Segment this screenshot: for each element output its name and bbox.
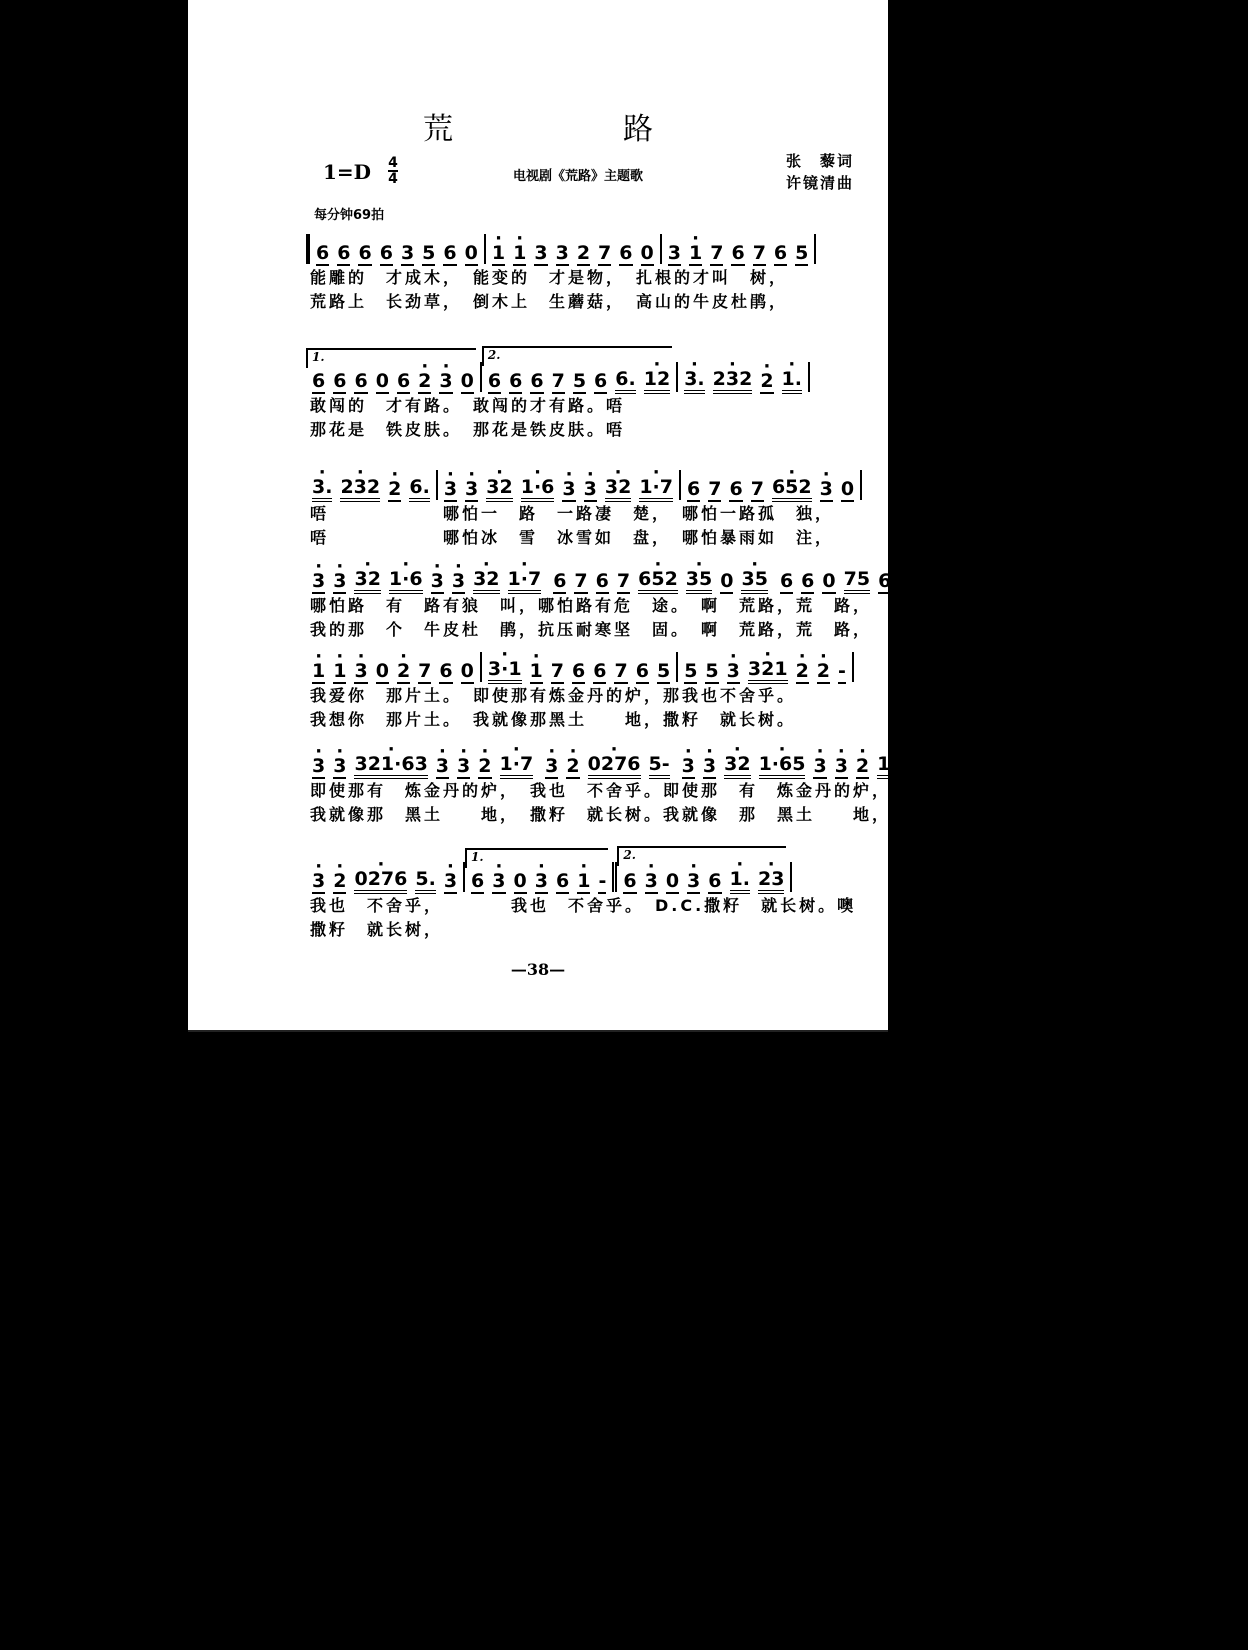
note: 6 — [708, 870, 721, 894]
note: 3 — [534, 242, 547, 266]
note: 3 — [835, 755, 848, 779]
note: 652 — [772, 476, 812, 502]
measure: 3202765- — [539, 753, 675, 779]
measure: 55332122- — [678, 658, 852, 684]
lyricist: 张 藜词 — [786, 150, 854, 172]
note: 0 — [666, 870, 679, 894]
note: 6 — [596, 570, 609, 594]
note: 3 — [436, 755, 449, 779]
note: 1 — [333, 660, 346, 684]
note: 1 — [513, 242, 526, 266]
lyric-line-verse-2: 荒路上 长劲草， 倒木上 生蘑菇， 高山的牛皮杜鹃， — [306, 290, 891, 314]
measure: 1.630361- — [465, 870, 612, 894]
lyric-line-verse-2: 我想你 那片土。 我就像那黑土 地，撒籽 就长树。 — [306, 708, 891, 732]
note: 6 — [774, 242, 787, 266]
note: 3. — [684, 368, 704, 394]
score-system: 33321·633321·73202765-33321·653321·7即使那有… — [306, 745, 891, 827]
note: 6 — [397, 370, 410, 394]
note: 2 — [333, 870, 346, 894]
lyric-line-verse-1: 即使那有 炼金丹的炉， 我也 不舍乎。即使那 有 炼金丹的炉， — [306, 779, 891, 803]
note: 0 — [514, 870, 527, 894]
note: 0 — [376, 370, 389, 394]
note: 7 — [598, 242, 611, 266]
note: 3 — [682, 755, 695, 779]
score-system: 1.666062302.6667566.123.23221.敢闯的 才有路。 敢… — [306, 360, 891, 442]
measure: 3·11766765 — [482, 658, 676, 684]
note: 7 — [418, 660, 431, 684]
lyric-line-verse-1: 我也 不舍乎， 我也 不舍乎。 D.C.撒籽 就长树。噢 — [306, 894, 891, 918]
note: 12 — [644, 368, 670, 394]
note: 3 — [465, 478, 478, 502]
note: 5 — [705, 660, 718, 684]
measure: 33321·633321·7 — [438, 476, 679, 502]
note: 3 — [312, 570, 325, 594]
note: 3 — [431, 570, 444, 594]
note: 6 — [530, 370, 543, 394]
note: 6 — [556, 870, 569, 894]
note: 1·7 — [500, 753, 534, 779]
time-signature-bottom: 4 — [388, 172, 398, 186]
note: 652 — [638, 568, 678, 594]
lyric-line-verse-1: 能雕的 才成木， 能变的 才是物， 扎根的才叫 树， — [306, 266, 891, 290]
note: 3 — [820, 478, 833, 502]
score-system: 33321·633321·76767652350356607560哪怕路 有 路… — [306, 560, 891, 642]
barline — [814, 234, 816, 264]
note: 3 — [645, 870, 658, 894]
notes-row: 3202765.31.630361-2.630361.23 — [306, 860, 891, 894]
note: 3 — [562, 478, 575, 502]
note: 1 — [530, 660, 543, 684]
note: 6 — [316, 242, 329, 266]
note: 3 — [492, 870, 505, 894]
note: 3 — [444, 870, 457, 894]
note: 7 — [551, 660, 564, 684]
note: 6 — [333, 370, 346, 394]
note: 6 — [687, 478, 700, 502]
note: 3 — [727, 660, 740, 684]
page-number: —38— — [188, 960, 888, 979]
note: 6 — [801, 570, 814, 594]
note: 6 — [471, 870, 484, 894]
note: 1·65 — [759, 753, 806, 779]
note: 6 — [731, 242, 744, 266]
note: 321·63 — [354, 753, 427, 779]
note: 3. — [312, 476, 332, 502]
note: 0 — [461, 660, 474, 684]
lyric-line-verse-1: 唔 哪怕一 路 一路凄 楚， 哪怕一路孤 独， — [306, 502, 891, 526]
notes-row: 66663560113327603176765 — [306, 232, 891, 266]
measure: 3.23226. — [306, 476, 436, 502]
note: 6 — [729, 478, 742, 502]
note: 6 — [439, 660, 452, 684]
measure: 3176765 — [662, 242, 815, 266]
lyric-line-verse-2: 唔 哪怕冰 雪 冰雪如 盘， 哪怕暴雨如 注， — [306, 526, 891, 550]
volta-bracket: 2. — [482, 346, 672, 366]
barline — [852, 652, 854, 682]
note: 6 — [337, 242, 350, 266]
note: 35 — [686, 568, 712, 594]
note: 6 — [619, 242, 632, 266]
lyric-line-verse-2: 那花是 铁皮肤。 那花是铁皮肤。唔 — [306, 418, 891, 442]
note: 35 — [741, 568, 767, 594]
notes-row: 3.23226.33321·633321·7676765230 — [306, 468, 891, 502]
lyric-line-verse-2: 我就像那 黑土 地， 撒籽 就长树。我就像 那 黑土 地， — [306, 803, 891, 827]
note: 0 — [841, 478, 854, 502]
note: 3 — [668, 242, 681, 266]
note: 1 — [689, 242, 702, 266]
measure: 33321·633321·7 — [306, 753, 539, 779]
note: 7 — [751, 478, 764, 502]
note: 7 — [574, 570, 587, 594]
note: 7 — [614, 660, 627, 684]
note: 3 — [556, 242, 569, 266]
note: 5- — [649, 753, 670, 779]
measure: 33321·633321·7 — [306, 568, 547, 594]
measure: 2.630361.23 — [617, 868, 790, 894]
note: 1·6 — [521, 476, 555, 502]
note: 6 — [443, 242, 456, 266]
score-page: 荒 路 1=D 4 4 电视剧《荒路》主题歌 张 藜词 许镜清曲 每分钟69拍 … — [188, 0, 888, 1032]
note: 1. — [730, 868, 750, 894]
note: 3 — [584, 478, 597, 502]
note: 0 — [376, 660, 389, 684]
measure: 676765230 — [681, 476, 860, 502]
note: 6 — [593, 660, 606, 684]
barline — [860, 470, 862, 500]
credits: 张 藜词 许镜清曲 — [786, 150, 854, 194]
measure: 1.66606230 — [306, 370, 480, 394]
key-signature: 1=D — [323, 160, 371, 184]
note: 6 — [623, 870, 636, 894]
note: 321 — [748, 658, 788, 684]
note: 5 — [422, 242, 435, 266]
barline — [808, 362, 810, 392]
lyric-line-verse-2: 我的那 个 牛皮杜 鹃，抗压耐寒坚 固。 啊 荒路，荒 路， — [306, 618, 891, 642]
measure: 33321·653321·7 — [676, 753, 917, 779]
note: 23 — [758, 868, 784, 894]
note: 5 — [795, 242, 808, 266]
note: 3 — [439, 370, 452, 394]
note: 3 — [333, 755, 346, 779]
note: 1·7 — [508, 568, 542, 594]
note: 2 — [418, 370, 431, 394]
note: 2 — [817, 660, 830, 684]
note: 2 — [577, 242, 590, 266]
note: 0 — [899, 570, 912, 594]
note: 5. — [415, 868, 435, 894]
note: 2 — [796, 660, 809, 684]
note: - — [598, 870, 606, 894]
score-system: 66663560113327603176765能雕的 才成木， 能变的 才是物，… — [306, 232, 891, 314]
note: 0 — [822, 570, 835, 594]
score-system: 3202765.31.630361-2.630361.23我也 不舍乎， 我也 … — [306, 860, 891, 942]
note: 3 — [444, 478, 457, 502]
note: 3 — [312, 755, 325, 779]
notes-row: 33321·633321·73202765-33321·653321·7 — [306, 745, 891, 779]
note: 2 — [478, 755, 491, 779]
note: 32 — [473, 568, 499, 594]
score-system: 113027603·1176676555332122-我爱你 那片土。 即使那有… — [306, 650, 891, 732]
note: 3 — [703, 755, 716, 779]
measure: 11332760 — [486, 242, 660, 266]
lyric-line-verse-1: 敢闯的 才有路。 敢闯的才有路。唔 — [306, 394, 891, 418]
note: 2 — [760, 370, 773, 394]
note: 3 — [312, 870, 325, 894]
note: 6 — [780, 570, 793, 594]
measure: 2.6667566.12 — [482, 368, 676, 394]
notes-row: 113027603·1176676555332122- — [306, 650, 891, 684]
time-signature: 4 4 — [388, 156, 398, 186]
note: 6 — [509, 370, 522, 394]
note: 1. — [782, 368, 802, 394]
note: 3 — [813, 755, 826, 779]
note: 6 — [354, 370, 367, 394]
note: 0276 — [588, 753, 641, 779]
note: 6 — [358, 242, 371, 266]
note: 3 — [452, 570, 465, 594]
note: 1 — [312, 660, 325, 684]
note: 6. — [615, 368, 635, 394]
song-title: 荒 路 — [188, 104, 888, 148]
note: 232 — [713, 368, 753, 394]
subtitle: 电视剧《荒路》主题歌 — [513, 165, 643, 184]
lyric-line-verse-2: 撒籽 就长树， — [306, 918, 891, 942]
note: 7 — [753, 242, 766, 266]
note: 7 — [552, 370, 565, 394]
page-bottom-edge — [188, 1030, 888, 1040]
note: 3 — [545, 755, 558, 779]
note: 6. — [409, 476, 429, 502]
note: 5 — [573, 370, 586, 394]
note: 7 — [617, 570, 630, 594]
score-system: 3.23226.33321·633321·7676765230唔 哪怕一 路 一… — [306, 468, 891, 550]
note: - — [838, 660, 846, 684]
volta-bracket: 1. — [306, 348, 476, 368]
note: 6 — [380, 242, 393, 266]
measure: 11302760 — [306, 660, 480, 684]
measure: 6607560 — [774, 568, 919, 594]
note: 2 — [566, 755, 579, 779]
time-signature-top: 4 — [388, 156, 398, 170]
barline — [790, 862, 792, 892]
note: 1 — [492, 242, 505, 266]
note: 3 — [401, 242, 414, 266]
note: 32 — [354, 568, 380, 594]
lyric-line-verse-1: 哪怕路 有 路有狼 叫，哪怕路有危 途。 啊 荒路，荒 路， — [306, 594, 891, 618]
note: 75 — [844, 568, 870, 594]
note: 7 — [708, 478, 721, 502]
note: 3·1 — [488, 658, 522, 684]
measure: 66663560 — [310, 242, 484, 266]
note: 0 — [465, 242, 478, 266]
composer: 许镜清曲 — [786, 172, 854, 194]
notes-row: 33321·633321·76767652350356607560 — [306, 560, 891, 594]
note: 3 — [333, 570, 346, 594]
note: 32 — [605, 476, 631, 502]
note: 0 — [720, 570, 733, 594]
note: 7 — [710, 242, 723, 266]
note: 6 — [636, 660, 649, 684]
note: 3 — [687, 870, 700, 894]
note: 6 — [312, 370, 325, 394]
note: 6 — [572, 660, 585, 684]
lyric-line-verse-1: 我爱你 那片土。 即使那有炼金丹的炉，那我也不舍乎。 — [306, 684, 891, 708]
note: 6 — [488, 370, 501, 394]
measure: 3.23221. — [678, 368, 808, 394]
tempo-marking: 每分钟69拍 — [314, 204, 384, 223]
measure: 3202765.3 — [306, 868, 463, 894]
measure: 676765235035 — [547, 568, 774, 594]
note: 5 — [684, 660, 697, 684]
notes-row: 1.666062302.6667566.123.23221. — [306, 360, 891, 394]
note: 1·7 — [639, 476, 673, 502]
note: 2 — [388, 478, 401, 502]
note: 3 — [457, 755, 470, 779]
note: 232 — [340, 476, 380, 502]
note: 3 — [535, 870, 548, 894]
note: 6 — [878, 570, 891, 594]
note: 1·7 — [877, 753, 911, 779]
note: 32 — [486, 476, 512, 502]
note: 5 — [657, 660, 670, 684]
note: 1·6 — [389, 568, 423, 594]
note: 1 — [577, 870, 590, 894]
note: 2 — [856, 755, 869, 779]
note: 3 — [354, 660, 367, 684]
note: 0 — [461, 370, 474, 394]
note: 0276 — [354, 868, 407, 894]
note: 2 — [397, 660, 410, 684]
volta-bracket: 2. — [617, 846, 786, 866]
note: 0 — [641, 242, 654, 266]
note: 6 — [594, 370, 607, 394]
note: 32 — [724, 753, 750, 779]
note: 6 — [553, 570, 566, 594]
